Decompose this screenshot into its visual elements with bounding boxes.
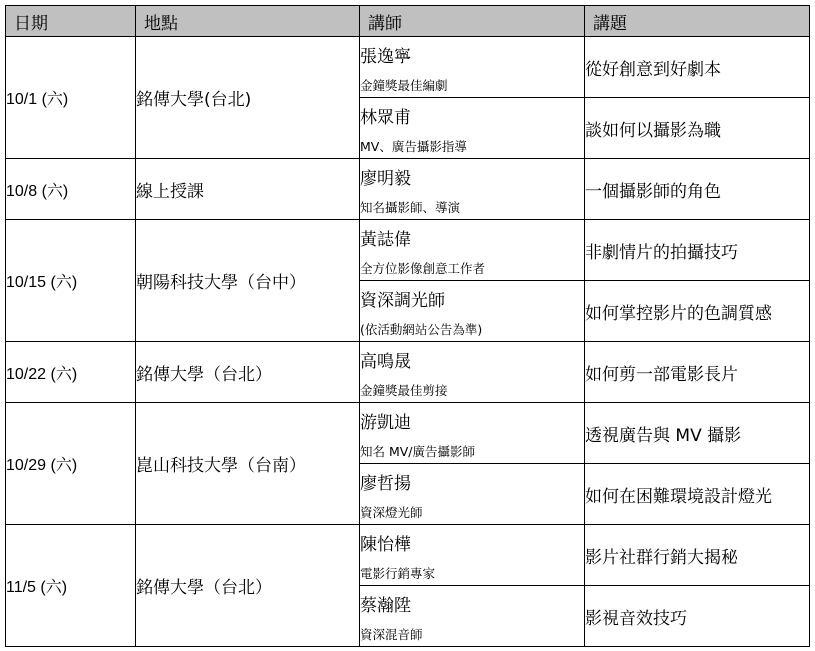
table-row: 10/8 (六) 線上授課 廖明毅 知名攝影師、導演 一個攝影師的角色 (6, 159, 810, 220)
speaker-title: 金鐘獎最佳剪接 (360, 383, 584, 399)
speaker-cell: 陳怡樺 電影行銷專家 (360, 525, 585, 586)
speaker-name: 黃誌偉 (360, 230, 584, 250)
speaker-title: MV、廣告攝影指導 (360, 139, 584, 155)
speaker-cell: 游凱迪 知名 MV/廣告攝影師 (360, 403, 585, 464)
table-row: 10/1 (六) 銘傳大學(台北) 張逸寧 金鐘獎最佳編劇 從好創意到好劇本 (6, 37, 810, 98)
speaker-cell: 黃誌偉 全方位影像創意工作者 (360, 220, 585, 281)
session-date: 10/22 (六) (6, 342, 136, 403)
speaker-title: 資深混音師 (360, 627, 584, 643)
session-place: 崑山科技大學（台南） (136, 403, 360, 525)
speaker-name: 高鳴晟 (360, 352, 584, 372)
speaker-title: 電影行銷專家 (360, 566, 584, 582)
table-row: 10/29 (六) 崑山科技大學（台南） 游凱迪 知名 MV/廣告攝影師 透視廣… (6, 403, 810, 464)
speaker-name: 資深調光師 (360, 291, 584, 311)
talk-topic: 如何在困難環境設計燈光 (585, 464, 810, 525)
session-date: 10/1 (六) (6, 37, 136, 159)
talk-topic: 影片社群行銷大揭秘 (585, 525, 810, 586)
speaker-name: 蔡瀚陞 (360, 596, 584, 616)
header-place: 地點 (136, 6, 360, 37)
session-place: 朝陽科技大學（台中） (136, 220, 360, 342)
speaker-cell: 高鳴晟 金鐘獎最佳剪接 (360, 342, 585, 403)
talk-topic: 透視廣告與 MV 攝影 (585, 403, 810, 464)
header-date: 日期 (6, 6, 136, 37)
table-row: 11/5 (六) 銘傳大學（台北） 陳怡樺 電影行銷專家 影片社群行銷大揭秘 (6, 525, 810, 586)
header-topic: 講題 (585, 6, 810, 37)
talk-topic: 非劇情片的拍攝技巧 (585, 220, 810, 281)
speaker-title: 全方位影像創意工作者 (360, 261, 584, 277)
speaker-cell: 張逸寧 金鐘獎最佳編劇 (360, 37, 585, 98)
session-place: 銘傳大學(台北) (136, 37, 360, 159)
schedule-table: 日期 地點 講師 講題 10/1 (六) 銘傳大學(台北) 張逸寧 金鐘獎最佳編… (5, 5, 810, 647)
talk-topic: 如何掌控影片的色調質感 (585, 281, 810, 342)
table-row: 10/22 (六) 銘傳大學（台北） 高鳴晟 金鐘獎最佳剪接 如何剪一部電影長片 (6, 342, 810, 403)
speaker-cell: 廖明毅 知名攝影師、導演 (360, 159, 585, 220)
table-row: 10/15 (六) 朝陽科技大學（台中） 黃誌偉 全方位影像創意工作者 非劇情片… (6, 220, 810, 281)
speaker-name: 游凱迪 (360, 413, 584, 433)
header-speaker: 講師 (360, 6, 585, 37)
session-place: 線上授課 (136, 159, 360, 220)
speaker-title: 知名 MV/廣告攝影師 (360, 444, 584, 460)
speaker-cell: 資深調光師 (依活動網站公告為準) (360, 281, 585, 342)
session-date: 10/8 (六) (6, 159, 136, 220)
session-date: 11/5 (六) (6, 525, 136, 647)
session-place: 銘傳大學（台北） (136, 525, 360, 647)
talk-topic: 從好創意到好劇本 (585, 37, 810, 98)
speaker-name: 廖明毅 (360, 169, 584, 189)
speaker-name: 張逸寧 (360, 47, 584, 67)
speaker-title: 資深燈光師 (360, 505, 584, 521)
talk-topic: 談如何以攝影為職 (585, 98, 810, 159)
speaker-name: 廖哲揚 (360, 474, 584, 494)
speaker-cell: 林眾甫 MV、廣告攝影指導 (360, 98, 585, 159)
speaker-title: 知名攝影師、導演 (360, 200, 584, 216)
speaker-name: 陳怡樺 (360, 535, 584, 555)
talk-topic: 一個攝影師的角色 (585, 159, 810, 220)
talk-topic: 影視音效技巧 (585, 586, 810, 647)
speaker-cell: 蔡瀚陞 資深混音師 (360, 586, 585, 647)
session-place: 銘傳大學（台北） (136, 342, 360, 403)
header-row: 日期 地點 講師 講題 (6, 6, 810, 37)
speaker-cell: 廖哲揚 資深燈光師 (360, 464, 585, 525)
speaker-title: 金鐘獎最佳編劇 (360, 78, 584, 94)
speaker-title: (依活動網站公告為準) (360, 322, 584, 338)
session-date: 10/29 (六) (6, 403, 136, 525)
speaker-name: 林眾甫 (360, 108, 584, 128)
talk-topic: 如何剪一部電影長片 (585, 342, 810, 403)
session-date: 10/15 (六) (6, 220, 136, 342)
